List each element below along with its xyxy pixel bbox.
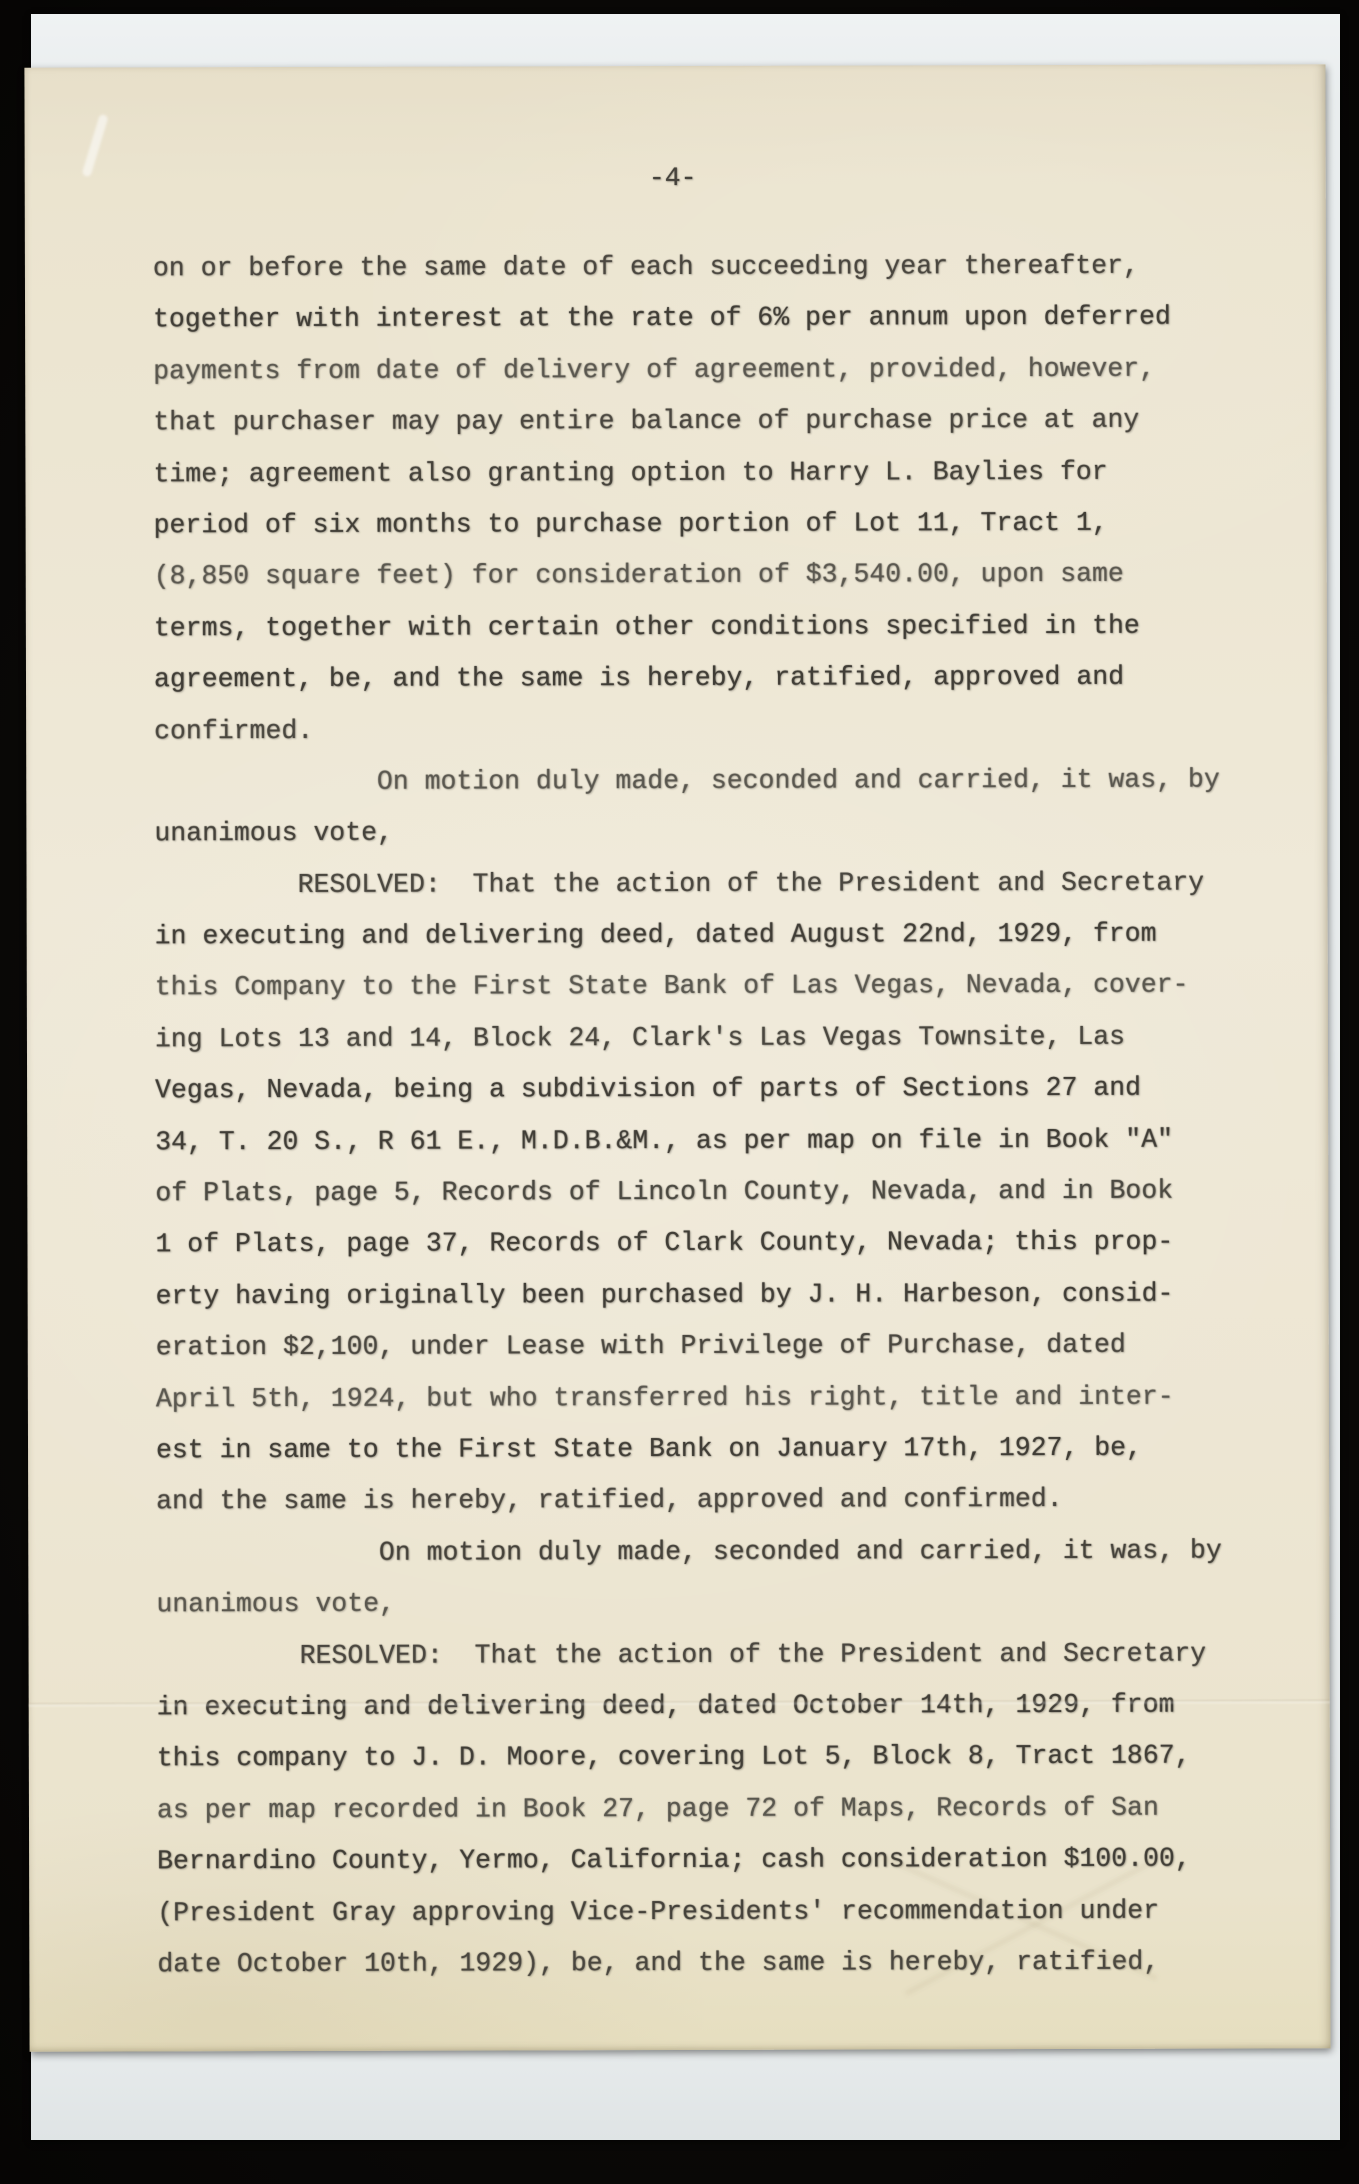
text-line: RESOLVED: That the action of the Preside… (157, 1638, 1267, 1692)
text-line: as per map recorded in Book 27, page 72 … (157, 1792, 1267, 1846)
text-line: est in same to the First State Bank on J… (156, 1432, 1266, 1486)
text-line: eration $2,100, under Lease with Privile… (156, 1330, 1266, 1384)
text-line: 34, T. 20 S., R 61 E., M.D.B.&M., as per… (155, 1124, 1265, 1178)
text-line: time; agreement also granting option to … (153, 456, 1263, 510)
text-line: On motion duly made, seconded and carrie… (156, 1535, 1266, 1589)
text-line: unanimous vote, (156, 1587, 1266, 1641)
text-line: of Plats, page 5, Records of Lincoln Cou… (155, 1175, 1265, 1229)
text-line: RESOLVED: That the action of the Preside… (155, 867, 1265, 921)
document-page: -4- on or before the same date of each s… (24, 64, 1330, 2051)
text-line: period of six months to purchase portion… (154, 507, 1264, 561)
text-line: agreement, be, and the same is hereby, r… (154, 662, 1264, 716)
text-line: April 5th, 1924, but who transferred his… (156, 1381, 1266, 1435)
text-line: On motion duly made, seconded and carrie… (154, 764, 1264, 818)
text-line: confirmed. (154, 713, 1264, 767)
text-line: unanimous vote, (154, 816, 1264, 870)
text-line: in executing and delivering deed, dated … (155, 919, 1265, 973)
text-line: and the same is hereby, ratified, approv… (156, 1484, 1266, 1538)
text-line: terms, together with certain other condi… (154, 610, 1264, 664)
text-line: Vegas, Nevada, being a subdivision of pa… (155, 1073, 1265, 1127)
text-line: this Company to the First State Bank of … (155, 970, 1265, 1024)
text-line: together with interest at the rate of 6%… (153, 302, 1263, 356)
document-text: on or before the same date of each succe… (153, 250, 1268, 2000)
text-line: (8,850 square feet) for consideration of… (154, 559, 1264, 613)
text-line: that purchaser may pay entire balance of… (153, 405, 1263, 459)
text-line: 1 of Plats, page 37, Records of Clark Co… (155, 1227, 1265, 1281)
text-line: (President Gray approving Vice-President… (157, 1895, 1267, 1949)
page-number: -4- (153, 162, 1193, 195)
text-line: ing Lots 13 and 14, Block 24, Clark's La… (155, 1021, 1265, 1075)
text-line: on or before the same date of each succe… (153, 250, 1263, 304)
text-line: erty having originally been purchased by… (156, 1278, 1266, 1332)
text-line: in executing and delivering deed, dated … (157, 1689, 1267, 1743)
text-line: payments from date of delivery of agreem… (153, 353, 1263, 407)
paper-scratch (82, 114, 109, 178)
text-line: this company to J. D. Moore, covering Lo… (157, 1741, 1267, 1795)
scan-background: -4- on or before the same date of each s… (0, 0, 1359, 2184)
